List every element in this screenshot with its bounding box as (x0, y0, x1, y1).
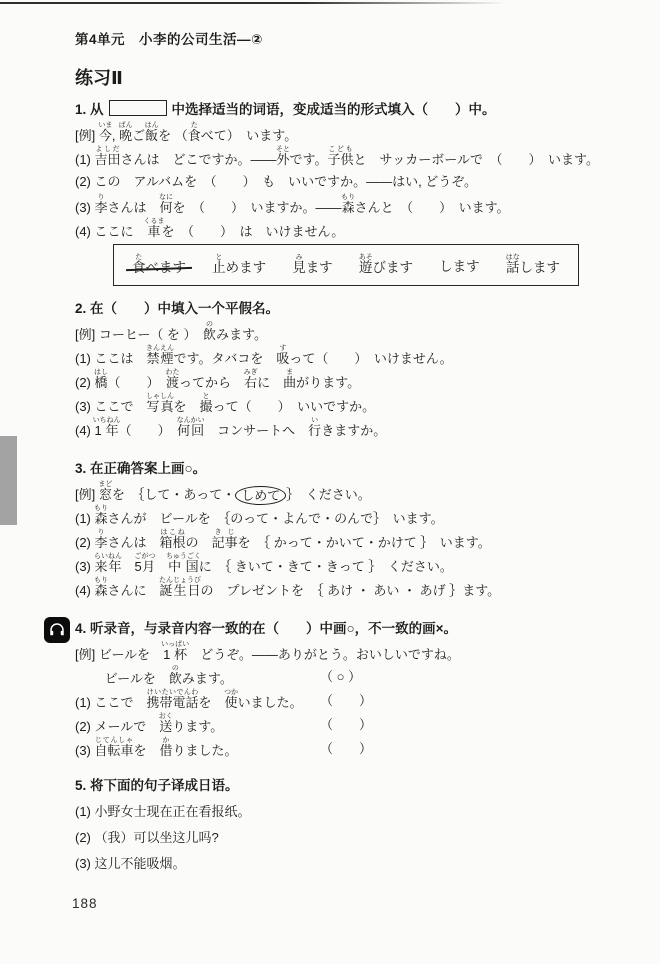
text-segment: べて） います。 (201, 128, 297, 143)
text-segment: （ ） (108, 375, 167, 390)
text-segment: [例] コーヒー（ を ） (75, 327, 203, 342)
chapter-edge-tab (0, 436, 17, 525)
ruby-word: 飯はん (145, 128, 158, 143)
exercise-line: [例] ビールを 1杯いっぱい どうぞ。——ありがとう。おいしいですね。 (75, 641, 645, 665)
text-segment: を （ (158, 128, 188, 143)
exercise-line: (1) 吉田よしださんは どこですか。——外そとです。子供こどもと サッカーボー… (75, 146, 645, 170)
ruby-word: 中国ちゅうごく (168, 559, 199, 574)
text-segment: さんに (108, 583, 160, 598)
text-segment: きますか。 (321, 423, 386, 438)
ruby-word: 橋はし (95, 375, 108, 390)
exercise-line: (2) メールで 送おくります。（ ） (75, 713, 645, 737)
text-segment: ご (132, 128, 145, 143)
text-segment: (2) (75, 375, 95, 390)
ruby-word: 借か (160, 743, 173, 758)
exercise-line: (1) ここは 禁煙きんえんです。タバコを 吸すって（ ） いけません。 (75, 345, 645, 369)
text-segment: さんは (108, 200, 160, 215)
ruby-word: 飲の (169, 671, 182, 686)
text-segment: びます (373, 260, 414, 275)
exercise-line: [例] 今いま, 晩ばんご飯はんを （食たべて） います。 (75, 122, 645, 146)
word-box-item: 遊あそびます (359, 254, 413, 276)
exercise-instruction: 2. 在（ ）中填入一个平假名。 (75, 297, 645, 321)
exercise-line: (1) ここで 携帯電話けいたいでんわを 使つかいました。（ ） (75, 689, 645, 713)
ruby-word: 誕生日たんじょうび (160, 583, 201, 598)
ruby-word: 曲ま (283, 375, 296, 390)
ruby-word: 何なに (160, 200, 173, 215)
ruby-word: 吉田よしだ (95, 152, 121, 167)
text-segment: さんが ビールを ｛のって・よんで・のんで｝ います。 (108, 511, 444, 526)
ruby-word: 車くるま (147, 224, 162, 239)
exercise-section-2: 2. 在（ ）中填入一个平假名。[例] コーヒー（ を ） 飲のみます。(1) … (75, 297, 645, 441)
exercise-line: (1) 小野女士现在正在看报纸。 (75, 799, 645, 825)
text-segment: 中选择适当的词语，变成适当的形式填入（ ）中。 (172, 102, 496, 117)
exercise-instruction: 3. 在正确答案上画○。 (75, 457, 645, 481)
text-segment: (3) (75, 200, 95, 215)
ruby-word: 箱根はこね (160, 535, 186, 550)
ruby-word: 今いま (99, 128, 112, 143)
ruby-word: 食た (132, 260, 146, 275)
page-title: 练习Ⅱ (75, 66, 645, 90)
text-segment: (1) ここで (75, 695, 147, 710)
text-segment: ビールを (75, 671, 169, 686)
text-segment: って（ ） いいですか。 (213, 399, 376, 414)
text-segment: (1) ここは (75, 351, 147, 366)
exercise-line: ビールを 飲のみます。（ ○ ） (75, 665, 645, 689)
word-box-item: 見みます (292, 254, 333, 276)
text-segment: (4) (75, 423, 95, 438)
text-segment: (3) (75, 743, 95, 758)
blank-word-box (109, 100, 167, 116)
circled-answer: しめて (235, 486, 286, 505)
text-segment: を ｛して・あって・ (112, 487, 235, 502)
text-segment: を （ ） は いけません。 (162, 224, 345, 239)
ruby-word: 何回なんかい (177, 423, 204, 438)
exercise-line: (2) （我）可以坐这儿吗? (75, 825, 645, 851)
text-segment: (2) (75, 535, 95, 550)
ruby-word: 飲の (203, 327, 216, 342)
word-choice-box: 食たべます止とめます見みます遊あそびますします話はなします (113, 244, 579, 286)
ruby-word: 止と (212, 260, 226, 275)
text-segment: (4) (75, 583, 95, 598)
text-segment: ります。 (172, 719, 223, 734)
text-segment: りました。 (173, 743, 238, 758)
text-segment: を ｛ かって・かいて・かけて ｝ います。 (238, 535, 491, 550)
text-segment: を （ ） いますか。—— (173, 200, 342, 215)
text-segment: に (257, 375, 283, 390)
exercise-line: (4) ここに 車くるまを （ ） は いけません。 (75, 218, 645, 242)
text-segment: を (174, 399, 200, 414)
ruby-word: 食た (188, 128, 201, 143)
text-segment: さんと （ ） います。 (355, 200, 510, 215)
ruby-word: 渡わた (166, 375, 179, 390)
text-segment: がります。 (296, 375, 360, 390)
text-segment: に ｛ きいて・きて・きって ｝ ください。 (199, 559, 453, 574)
exercise-line: [例] 窓まどを ｛して・あって・しめて｝ ください。 (75, 481, 645, 505)
text-segment: です。 (290, 152, 328, 167)
headphone-icon (44, 617, 70, 643)
ruby-word: 1杯いっぱい (163, 647, 187, 662)
text-segment: (3) (75, 559, 95, 574)
answer-parens: （ ） (320, 737, 372, 761)
text-segment: の (186, 535, 212, 550)
ruby-word: 送おく (159, 719, 172, 734)
text-segment: さんは どこですか。—— (121, 152, 277, 167)
text-segment: べます (146, 260, 187, 275)
text-segment: です。タバコを (174, 351, 277, 366)
exercise-instruction: 5. 将下面的句子译成日语。 (75, 773, 645, 799)
text-segment: [例] ビールを (75, 647, 163, 662)
exercise-line: (1) 森もりさんが ビールを ｛のって・よんで・のんで｝ います。 (75, 505, 645, 529)
ruby-word: 携帯電話けいたいでんわ (147, 695, 199, 710)
exercise-line: [例] コーヒー（ を ） 飲のみます。 (75, 321, 645, 345)
ruby-word: 使つか (225, 695, 238, 710)
text-segment: と サッカーボールで （ ） います。 (354, 152, 599, 167)
ruby-word: 李り (95, 200, 108, 215)
word-box-item: 話はなします (506, 254, 560, 276)
text-segment: を (199, 695, 225, 710)
ruby-word: 森もり (95, 583, 108, 598)
word-box-item: 食たべます (132, 254, 186, 276)
text-segment: 2. 在（ ）中填入一个平假名。 (75, 301, 279, 316)
text-segment: (4) ここに (75, 224, 147, 239)
exercise-line: (3) 这儿不能吸烟。 (75, 851, 645, 877)
ruby-word: 右みぎ (244, 375, 257, 390)
exercise-line: (3) ここで 写真しゃしんを 撮とって（ ） いいですか。 (75, 393, 645, 417)
text-segment: (2) （我）可以坐这儿吗? (75, 830, 219, 845)
exercise-line: (4) 森もりさんに 誕生日たんじょうびの プレゼントを ｛ あけ ・ あい ・… (75, 577, 645, 601)
text-segment: (3) ここで (75, 399, 147, 414)
exercise-line: (2) この アルバムを （ ） も いいですか。——はい, どうぞ。 (75, 170, 645, 194)
text-segment: (1) (75, 152, 95, 167)
text-segment: (2) この アルバムを （ ） も いいですか。——はい, どうぞ。 (75, 174, 477, 189)
ruby-word: 5月ごがつ (135, 559, 156, 574)
answer-parens: （ ○ ） (320, 665, 361, 689)
text-segment: いました。 (238, 695, 303, 710)
exercise-section-4: 4. 听录音，与录音内容一致的在（ ）中画○，不一致的画×。[例] ビールを 1… (75, 617, 645, 761)
text-segment: ｝ ください。 (286, 487, 371, 502)
exercise-line: (2) 橋はし（ ） 渡わたってから 右みぎに 曲まがります。 (75, 369, 645, 393)
text-segment: みます。 (216, 327, 267, 342)
ruby-word: 窓まど (99, 487, 112, 502)
word-box-item: します (439, 255, 480, 275)
text-segment: めます (226, 260, 267, 275)
text-segment: します (439, 259, 480, 274)
text-segment: [例] (75, 128, 99, 143)
exercise-line: (3) 自転車じてんしゃを 借かりました。（ ） (75, 737, 645, 761)
exercise-section-5: 5. 将下面的句子译成日语。(1) 小野女士现在正在看报纸。(2) （我）可以坐… (75, 773, 645, 877)
ruby-word: 自転車じてんしゃ (95, 743, 134, 758)
text-segment: 4. 听录音，与录音内容一致的在（ ）中画○，不一致的画×。 (75, 621, 457, 636)
ruby-word: 1年いちねん (95, 423, 119, 438)
ruby-word: 写真しゃしん (147, 399, 174, 414)
text-segment: を (134, 743, 160, 758)
exercise-line: (4) 1年いちねん（ ） 何回なんかい コンサートへ 行いきますか。 (75, 417, 645, 441)
text-segment: , (112, 128, 119, 143)
exercise-section-1: 1. 从中选择适当的词语，变成适当的形式填入（ ）中。[例] 今いま, 晩ばんご… (75, 98, 645, 286)
text-segment: （ ） (119, 423, 178, 438)
ruby-word: 記事きじ (212, 535, 238, 550)
ruby-word: 話はな (506, 260, 520, 275)
exercise-instruction: 1. 从中选择适当的词语，变成适当的形式填入（ ）中。 (75, 98, 645, 122)
text-segment: ってから (179, 375, 244, 390)
text-segment: (1) (75, 511, 95, 526)
text-segment: 3. 在正确答案上画○。 (75, 461, 206, 476)
text-segment: 5. 将下面的句子译成日语。 (75, 778, 239, 793)
text-segment (122, 559, 135, 574)
ruby-word: 子供こども (328, 152, 354, 167)
text-segment: します (519, 260, 560, 275)
scan-edge-line (0, 2, 506, 4)
ruby-word: 李り (95, 535, 108, 550)
exercise-line: (2) 李りさんは 箱根はこねの 記事きじを ｛ かって・かいて・かけて ｝ い… (75, 529, 645, 553)
text-segment: コンサートへ (204, 423, 308, 438)
ruby-word: 吸す (276, 351, 289, 366)
text-segment: (1) 小野女士现在正在看报纸。 (75, 804, 251, 819)
text-segment: どうぞ。——ありがとう。おいしいですね。 (187, 647, 460, 662)
ruby-word: 行い (308, 423, 321, 438)
text-segment: さんは (108, 535, 160, 550)
word-box-item: 止とめます (212, 254, 266, 276)
text-segment: ます (306, 260, 333, 275)
exercise-section-3: 3. 在正确答案上画○。[例] 窓まどを ｛して・あって・しめて｝ ください。(… (75, 457, 645, 601)
ruby-word: 禁煙きんえん (147, 351, 174, 366)
exercise-instruction: 4. 听录音，与录音内容一致的在（ ）中画○，不一致的画×。 (75, 617, 645, 641)
text-segment: って（ ） いけません。 (289, 351, 452, 366)
ruby-word: 見み (292, 260, 306, 275)
ruby-word: 森もり (342, 200, 355, 215)
ruby-word: 撮と (200, 399, 213, 414)
exercise-line: (3) 李りさんは 何なにを （ ） いますか。——森もりさんと （ ） います… (75, 194, 645, 218)
exercises-container: 1. 从中选择适当的词语，变成适当的形式填入（ ）中。[例] 今いま, 晩ばんご… (75, 98, 645, 877)
text-segment: 1. 从 (75, 102, 104, 117)
ruby-word: 晩ばん (119, 128, 132, 143)
text-segment: みます。 (182, 671, 233, 686)
ruby-word: 来年らいねん (95, 559, 122, 574)
answer-parens: （ ） (320, 713, 372, 737)
ruby-word: 森もり (95, 511, 108, 526)
answer-parens: （ ） (320, 689, 372, 713)
ruby-word: 遊あそ (359, 260, 373, 275)
page-number: 188 (72, 896, 98, 911)
exercise-line: (3) 来年らいねん 5月ごがつ 中国ちゅうごくに ｛ きいて・きて・きって ｝… (75, 553, 645, 577)
text-segment: (2) メールで (75, 719, 159, 734)
text-segment: の プレゼントを ｛ あけ ・ あい ・ あげ ｝ます。 (201, 583, 501, 598)
text-segment: (3) 这儿不能吸烟。 (75, 856, 186, 871)
ruby-word: 外そと (277, 152, 290, 167)
page-content: 第4单元 小李的公司生活—② 练习Ⅱ 1. 从中选择适当的词语，变成适当的形式填… (75, 30, 645, 877)
unit-header: 第4单元 小李的公司生活—② (75, 30, 645, 50)
text-segment: [例] (75, 487, 99, 502)
